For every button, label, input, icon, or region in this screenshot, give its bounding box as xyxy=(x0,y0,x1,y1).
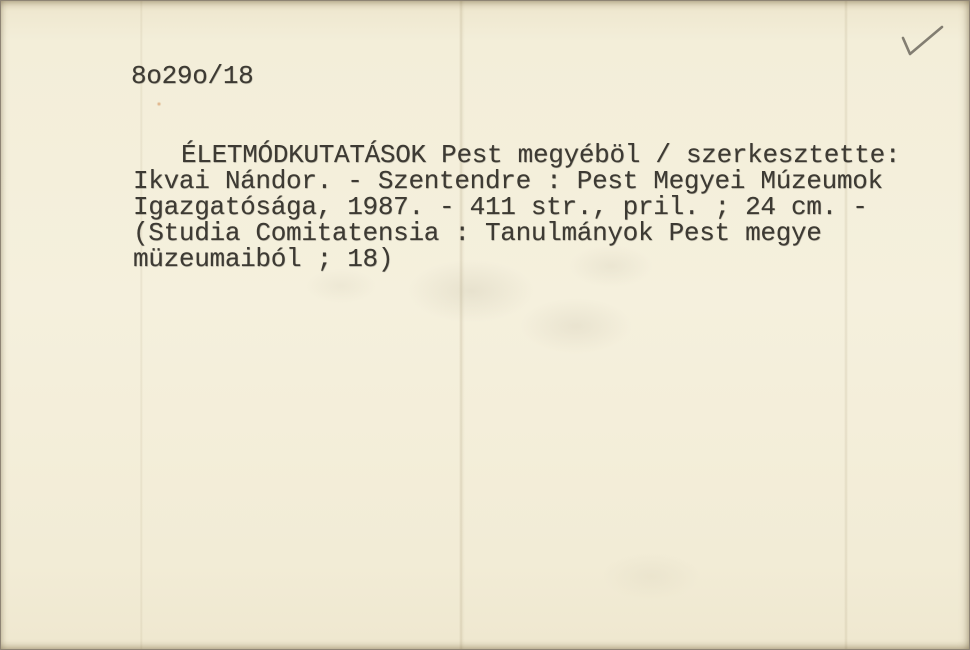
entry-line: ÉLETMÓDKUTATÁSOK Pest megyéböl / szerkes… xyxy=(133,142,943,168)
catalog-entry: ÉLETMÓDKUTATÁSOK Pest megyéböl / szerkes… xyxy=(133,142,943,272)
checkmark-icon xyxy=(897,21,949,67)
call-number: 8o29o/18 xyxy=(131,63,253,89)
entry-line: Igazgatósága, 1987. - 411 str., pril. ; … xyxy=(133,194,943,220)
entry-line: müzeumaiból ; 18) xyxy=(133,246,943,272)
entry-line: (Studia Comitatensia : Tanulmányok Pest … xyxy=(133,220,943,246)
entry-line: Ikvai Nándor. - Szentendre : Pest Megyei… xyxy=(133,168,943,194)
catalog-card: 8o29o/18 ÉLETMÓDKUTATÁSOK Pest megyéböl … xyxy=(0,0,970,650)
